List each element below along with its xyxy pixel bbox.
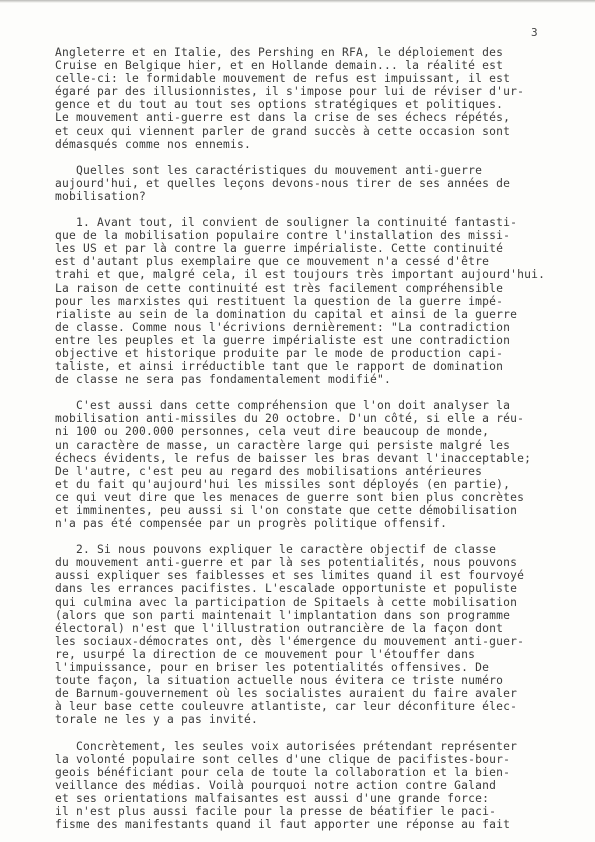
text-line: Cruise en Belgique hier, et en Hollande …: [55, 59, 575, 72]
text-line: de classe. Comme nous l'écrivions derniè…: [55, 321, 575, 334]
document-body: Angleterre et en Italie, des Pershing en…: [55, 46, 575, 842]
text-line: torale ne les y a pas invité.: [55, 713, 575, 726]
text-line: pour les marxistes qui restituent la que…: [55, 295, 575, 308]
text-line: qui culmina avec la participation de Spi…: [55, 596, 575, 609]
paragraph: 2. Si nous pouvons expliquer le caractèr…: [55, 543, 575, 726]
text-line: n'a pas été compensée par un progrès pol…: [55, 517, 575, 530]
text-line: échecs évidents, le refus de baisser les…: [55, 452, 575, 465]
text-line: toute façon, la situation actuelle nous …: [55, 674, 575, 687]
text-line: 2. Si nous pouvons expliquer le caractèr…: [55, 543, 575, 556]
text-line: Quelles sont les caractéristiques du mou…: [55, 164, 575, 177]
text-line: il n'est plus aussi facile pour la press…: [55, 805, 575, 818]
text-line: l'impuissance, pour en briser les potent…: [55, 661, 575, 674]
text-line: veillance des médias. Voilà pourquoi not…: [55, 779, 575, 792]
text-line: aujourd'hui, et quelles leçons devons-no…: [55, 177, 575, 190]
text-line: Concrètement, les seules voix autorisées…: [55, 740, 575, 753]
text-line: les sociaux-démocrates ont, dès l'émerge…: [55, 635, 575, 648]
text-line: est d'autant plus exemplaire que ce mouv…: [55, 255, 575, 268]
text-line: que de la mobilisation populaire contre …: [55, 229, 575, 242]
text-line: Le mouvement anti-guerre est dans la cri…: [55, 111, 575, 124]
text-line: ce qui veut dire que les menaces de guer…: [55, 491, 575, 504]
text-line: et ceux qui viennent parler de grand suc…: [55, 125, 575, 138]
text-line: Angleterre et en Italie, des Pershing en…: [55, 46, 575, 59]
text-line: rialiste au sein de la domination du cap…: [55, 308, 575, 321]
paragraph: Angleterre et en Italie, des Pershing en…: [55, 46, 575, 151]
text-line: et du fait qu'aujourd'hui les missiles s…: [55, 478, 575, 491]
text-line: taliste, et ainsi irréductible tant que …: [55, 360, 575, 373]
text-line: à leur base cette couleuvre atlantiste, …: [55, 700, 575, 713]
text-line: objective et historique produite par le …: [55, 347, 575, 360]
text-line: gence et du tout au tout ses options str…: [55, 98, 575, 111]
text-line: celle-ci: le formidable mouvement de ref…: [55, 72, 575, 85]
text-line: et ses orientations malfaisantes est aus…: [55, 792, 575, 805]
text-line: entre les peuples et la guerre impériali…: [55, 334, 575, 347]
text-line: mobilisation anti-missiles du 20 octobre…: [55, 412, 575, 425]
text-line: de Barnum-gouvernement où les socialiste…: [55, 687, 575, 700]
text-line: un caractère de masse, un caractère larg…: [55, 439, 575, 452]
text-line: égaré par des illusionnistes, il s'impos…: [55, 85, 575, 98]
text-line: aussi expliquer ses faiblesses et ses li…: [55, 569, 575, 582]
text-line: la volonté populaire sont celles d'une c…: [55, 753, 575, 766]
text-line: dans les errances pacifistes. L'escalade…: [55, 582, 575, 595]
text-line: fisme des manifestants quand il faut app…: [55, 818, 575, 831]
text-line: re, usurpé la direction de ce mouvement …: [55, 648, 575, 661]
page-number: 3: [531, 26, 538, 39]
text-line: ni 100 ou 200.000 personnes, cela veut d…: [55, 425, 575, 438]
text-line: 1. Avant tout, il convient de souligner …: [55, 216, 575, 229]
text-line: De l'autre, c'est peu au regard des mobi…: [55, 465, 575, 478]
text-line: trahi et que, malgré cela, il est toujou…: [55, 268, 575, 281]
text-line: démasqués comme nos ennemis.: [55, 138, 575, 151]
text-line: et imminentes, peu aussi si l'on constat…: [55, 504, 575, 517]
page-top-edge: [0, 0, 595, 3]
text-line: de classe ne sera pas fondamentalement m…: [55, 373, 575, 386]
paragraph: 1. Avant tout, il convient de souligner …: [55, 216, 575, 386]
text-line: C'est aussi dans cette compréhension que…: [55, 399, 575, 412]
text-line: du mouvement anti-guerre et par là ses p…: [55, 556, 575, 569]
paragraph: Concrètement, les seules voix autorisées…: [55, 740, 575, 832]
text-line: (alors que son parti maintenait l'implan…: [55, 609, 575, 622]
text-line: mobilisation?: [55, 190, 575, 203]
paragraph: Quelles sont les caractéristiques du mou…: [55, 164, 575, 203]
text-line: La raison de cette continuité est très f…: [55, 282, 575, 295]
text-line: électoral) n'est que l'illustration outr…: [55, 622, 575, 635]
paragraph: C'est aussi dans cette compréhension que…: [55, 399, 575, 530]
text-line: geois bénéficiant pour cela de toute la …: [55, 766, 575, 779]
text-line: les US et par là contre la guerre impéri…: [55, 242, 575, 255]
